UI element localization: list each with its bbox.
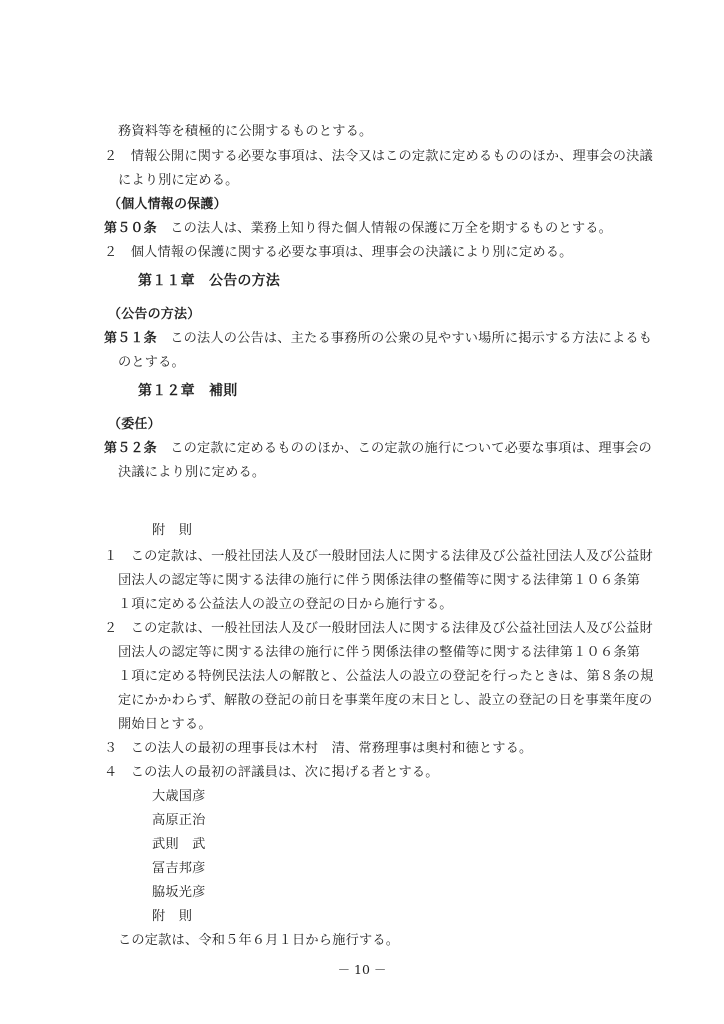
article-number: 第５０条 — [104, 221, 157, 236]
paragraph-line: ２ 情報公開に関する必要な事項は、法令又はこの定款に定めるもののほか、理事会の決… — [104, 148, 653, 166]
councillor-name: 脇坂光彦 — [152, 884, 206, 902]
article-caption: （委任） — [108, 416, 161, 434]
paragraph-line: １項に定める特例民法法人の解散と、公益法人の設立の登記を行ったときは、第８条の規 — [118, 668, 654, 686]
paragraph-line: 団法人の認定等に関する法律の施行に伴う関係法律の整備等に関する法律第１０６条第 — [118, 572, 640, 590]
councillor-name: 高原正治 — [152, 812, 206, 830]
paragraph-line: 務資料等を積極的に公開するものとする。 — [118, 123, 372, 141]
article-52: 第５２条 この定款に定めるもののほか、この定款の施行について必要な事項は、理事会… — [104, 440, 652, 458]
paragraph-line: 開始日とする。 — [118, 716, 212, 734]
article-51: 第５１条 この法人の公告は、主たる事務所の公衆の見やすい場所に掲示する方法による… — [104, 330, 652, 348]
article-number: 第５２条 — [104, 441, 157, 456]
article-caption: （個人情報の保護） — [108, 196, 227, 214]
chapter-heading: 第１１章 公告の方法 — [138, 272, 280, 290]
councillor-name: 武則 武 — [152, 836, 206, 854]
article-caption: （公告の方法） — [108, 306, 200, 324]
supplementary-heading: 附 則 — [152, 522, 192, 540]
paragraph-line: ２ 個人情報の保護に関する必要な事項は、理事会の決議により別に定める。 — [104, 244, 573, 262]
paragraph-line: のとする。 — [118, 354, 185, 372]
article-number: 第５１条 — [104, 331, 157, 346]
page-number: － 10 － — [0, 960, 724, 978]
councillor-name: 大歳国彦 — [152, 788, 206, 806]
councillor-name: 冨吉邦彦 — [152, 860, 206, 878]
paragraph-line: により別に定める。 — [118, 172, 239, 190]
paragraph-line: 定にかかわらず、解散の登記の前日を事業年度の末日とし、設立の登記の日を事業年度の — [118, 692, 652, 710]
chapter-heading: 第１２章 補則 — [138, 382, 237, 400]
paragraph-line: １項に定める公益法人の設立の登記の日から施行する。 — [118, 596, 453, 614]
paragraph-line: ２ この定款は、一般社団法人及び一般財団法人に関する法律及び公益社団法人及び公益… — [104, 620, 653, 638]
article-50: 第５０条 この法人は、業務上知り得た個人情報の保護に万全を期するものとする。 — [104, 220, 612, 238]
paragraph-line: 決議により別に定める。 — [118, 464, 265, 482]
paragraph-line: ３ この法人の最初の理事長は木村 清、常務理事は奥村和徳とする。 — [104, 740, 532, 758]
supplementary-heading: 附 則 — [152, 908, 192, 926]
paragraph-line: ４ この法人の最初の評議員は、次に掲げる者とする。 — [104, 764, 439, 782]
paragraph-line: この定款は、令和５年６月１日から施行する。 — [118, 932, 399, 950]
paragraph-line: １ この定款は、一般社団法人及び一般財団法人に関する法律及び公益社団法人及び公益… — [104, 548, 653, 566]
paragraph-line: 団法人の認定等に関する法律の施行に伴う関係法律の整備等に関する法律第１０６条第 — [118, 644, 640, 662]
